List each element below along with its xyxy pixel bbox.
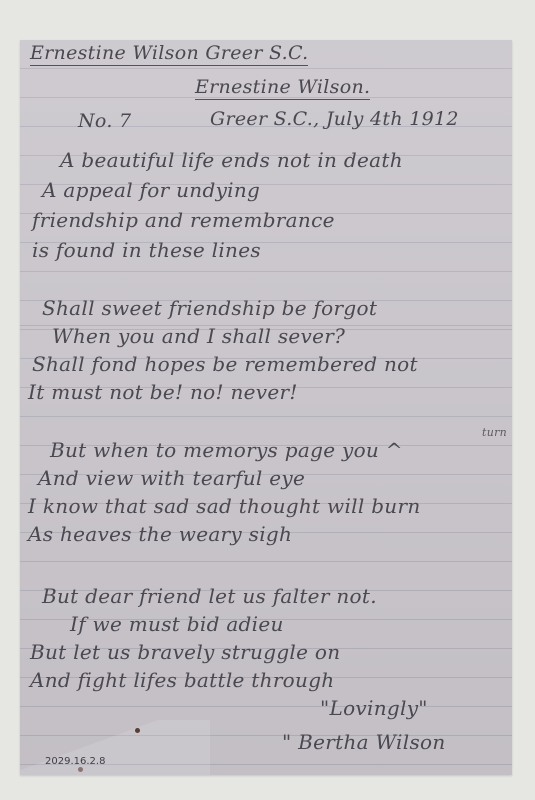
intro-line: friendship and remembrance [32, 208, 335, 232]
intro-line: A beautiful life ends not in death [60, 148, 403, 172]
poem-line: But when to memorys page you ^ [50, 438, 403, 462]
poem-line: Shall fond hopes be remembered not [32, 352, 418, 376]
ink-spot [135, 728, 140, 733]
poem-line: But dear friend let us falter not. [42, 584, 377, 608]
intro-line: A appeal for undying [42, 178, 260, 202]
catalog-number: 2029.16.2.8 [45, 756, 105, 767]
letter-page: Ernestine Wilson Greer S.C. Ernestine Wi… [20, 40, 512, 775]
poem-line: And view with tearful eye [38, 466, 305, 490]
poem-line: It must not be! no! never! [28, 380, 298, 404]
poem-line: If we must bid adieu [70, 612, 284, 636]
poem-line: Shall sweet friendship be forgot [42, 296, 377, 320]
ink-spot [78, 767, 83, 772]
poem-line: And fight lifes battle through [30, 668, 335, 692]
signature: " Bertha Wilson [282, 730, 446, 754]
poem-line: But let us bravely struggle on [30, 640, 340, 664]
poem-line: As heaves the weary sigh [28, 522, 292, 546]
header-name-line-2: Ernestine Wilson. [195, 76, 370, 100]
poem-line: When you and I shall sever? [52, 324, 345, 348]
letter-number: No. 7 [78, 110, 131, 132]
intro-line: is found in these lines [32, 238, 261, 262]
closing-text: "Lovingly" [320, 696, 428, 720]
poem-line: I know that sad sad thought will burn [28, 494, 421, 518]
letter-date: Greer S.C., July 4th 1912 [210, 108, 459, 130]
header-name-line: Ernestine Wilson Greer S.C. [30, 42, 308, 66]
inserted-word: turn [482, 426, 507, 439]
